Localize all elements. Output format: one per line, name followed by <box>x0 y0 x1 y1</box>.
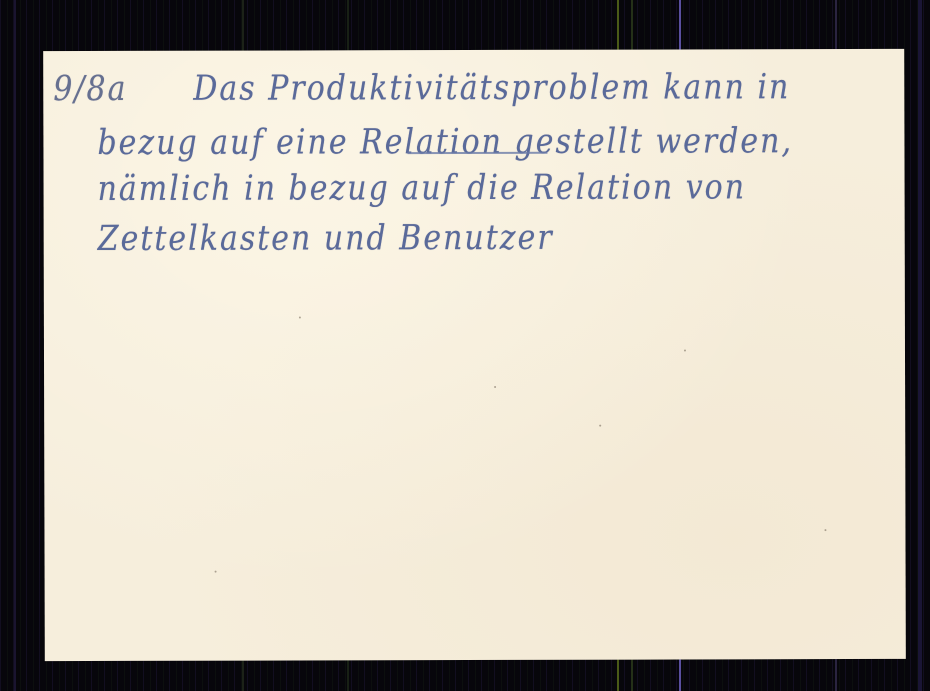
paper-speck <box>599 425 601 427</box>
paper-speck <box>824 529 826 531</box>
scan-artifact-stripe <box>918 0 922 691</box>
handwritten-line-2: bezug auf eine Relation gestellt werden, <box>97 121 793 163</box>
card-number: 9/8a <box>53 69 127 109</box>
paper-speck <box>299 316 301 318</box>
handwritten-line-1: Das Produktivitätsproblem kann in <box>193 67 790 109</box>
paper-speck <box>494 386 496 388</box>
paper-speck <box>763 149 765 151</box>
paper-speck <box>684 349 686 351</box>
index-card: 9/8a Das Produktivitätsproblem kann in b… <box>43 49 906 661</box>
handwritten-line-4: Zettelkasten und Benutzer <box>98 218 554 259</box>
underline-relation <box>407 152 547 154</box>
handwritten-line-3: nämlich in bezug auf die Relation von <box>98 167 747 209</box>
scan-artifact-stripe <box>14 0 16 691</box>
paper-speck <box>215 571 217 573</box>
